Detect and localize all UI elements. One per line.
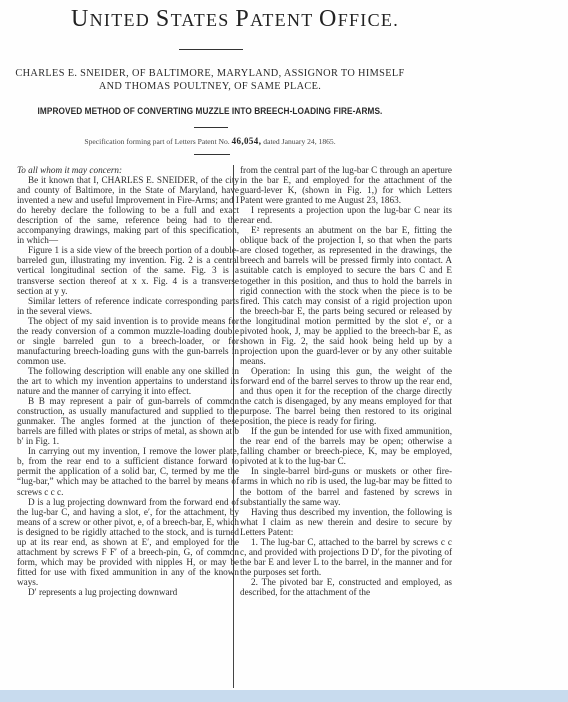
title-rule bbox=[179, 49, 243, 50]
paragraph-continued: from the central part of the lug-bar C t… bbox=[240, 165, 452, 205]
left-text-column: To all whom it may concern: Be it known … bbox=[17, 165, 239, 597]
office-title: UNITED STATES PATENT OFFICE. bbox=[40, 6, 430, 33]
patent-page: UNITED STATES PATENT OFFICE. CHARLES E. … bbox=[0, 0, 568, 690]
paragraph: D is a lug projecting downward from the … bbox=[17, 497, 239, 587]
right-text-column: from the central part of the lug-bar C t… bbox=[240, 165, 452, 597]
patent-number: 46,054, bbox=[232, 136, 262, 146]
assignor-block: CHARLES E. SNEIDER, OF BALTIMORE, MARYLA… bbox=[10, 67, 410, 93]
paragraph: In single-barrel bird-guns or muskets or… bbox=[240, 466, 452, 506]
title-small: TATES bbox=[171, 10, 236, 30]
title-small: NITED bbox=[90, 10, 156, 30]
invention-title: IMPROVED METHOD OF CONVERTING MUZZLE INT… bbox=[25, 105, 395, 116]
paragraph: Having thus described my invention, the … bbox=[240, 507, 452, 537]
claim-2: 2. The pivoted bar E, constructed and em… bbox=[240, 577, 452, 597]
paragraph: The object of my said invention is to pr… bbox=[17, 316, 239, 366]
paragraph: The following description will enable an… bbox=[17, 366, 239, 396]
paragraph: D′ represents a lug projecting downward bbox=[17, 587, 239, 597]
title-small: ATENT bbox=[250, 10, 319, 30]
specification-line: Specification forming part of Letters Pa… bbox=[0, 136, 420, 146]
paragraph: Similar letters of reference indicate co… bbox=[17, 296, 239, 316]
title-cap: O bbox=[319, 6, 338, 32]
title-small: FFICE. bbox=[338, 10, 399, 30]
salutation: To all whom it may concern: bbox=[17, 165, 239, 175]
viewer-bottom-bar bbox=[0, 690, 568, 702]
invention-rule bbox=[194, 127, 228, 128]
paragraph: E² represents an abutment on the bar E, … bbox=[240, 225, 452, 366]
spec-prefix: Specification forming part of Letters Pa… bbox=[84, 137, 229, 146]
title-cap: S bbox=[156, 6, 171, 32]
paragraph: Be it known that I, CHARLES E. SNEIDER, … bbox=[17, 175, 239, 245]
paragraph: B B may represent a pair of gun-barrels … bbox=[17, 396, 239, 446]
spec-rule bbox=[194, 154, 230, 155]
column-divider bbox=[233, 165, 234, 688]
paragraph: Operation: In using this gun, the weight… bbox=[240, 366, 452, 426]
assignor-line-1: CHARLES E. SNEIDER, OF BALTIMORE, MARYLA… bbox=[10, 67, 410, 80]
title-cap: P bbox=[235, 6, 250, 32]
spec-date: dated January 24, 1865. bbox=[263, 137, 335, 146]
paragraph: If the gun be intended for use with fixe… bbox=[240, 426, 452, 466]
assignor-line-2: AND THOMAS POULTNEY, OF SAME PLACE. bbox=[10, 80, 410, 93]
paragraph: In carrying out my invention, I remove t… bbox=[17, 446, 239, 496]
paragraph: I represents a projection upon the lug-b… bbox=[240, 205, 452, 225]
title-cap: U bbox=[71, 6, 90, 32]
paragraph: Figure 1 is a side view of the breech po… bbox=[17, 245, 239, 295]
claim-1: 1. The lug-bar C, attached to the barrel… bbox=[240, 537, 452, 577]
